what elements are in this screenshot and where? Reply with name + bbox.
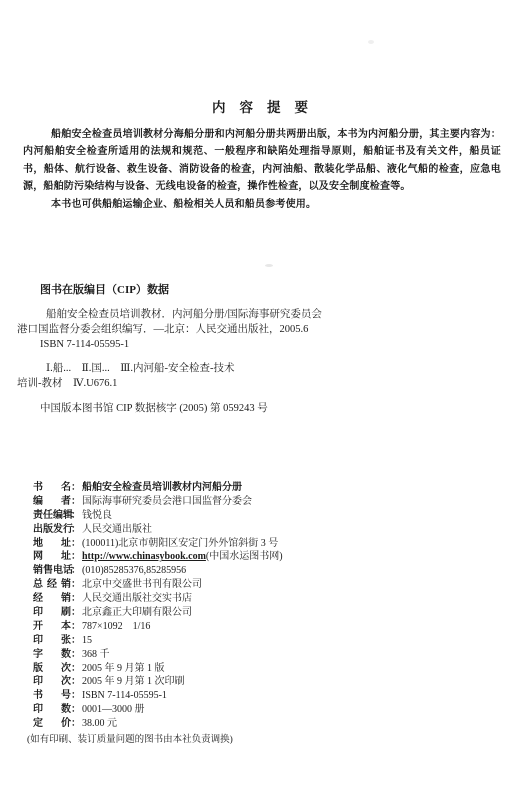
imprint-value: 368 千 bbox=[82, 649, 110, 660]
imprint-row-general-distributor: 总经销：北京中交盛世书刊有限公司 bbox=[33, 578, 503, 592]
imprint-row-address: 地址：(100011)北京市朝阳区安定门外外馆斜街 3 号 bbox=[33, 537, 503, 551]
imprint-label: 编者 bbox=[33, 495, 71, 509]
imprint-value: 787×1092 1/16 bbox=[82, 621, 150, 632]
cip-block: 图书在版编目（CIP）数据 船舶安全检查员培训教材．内河船分册/国际海事研究委员… bbox=[0, 283, 520, 416]
imprint-label: 印张 bbox=[33, 634, 71, 648]
website-url: http://www.chinasybook.com bbox=[82, 551, 206, 562]
imprint-row-book-title: 书名：船舶安全检查员培训教材内河船分册 bbox=[33, 481, 503, 495]
imprint-label: 书号 bbox=[33, 689, 71, 703]
imprint-value: 船舶安全检查员培训教材内河船分册 bbox=[82, 482, 242, 493]
imprint-label: 印次 bbox=[33, 675, 71, 689]
content-summary-title: 内容提要 bbox=[7, 96, 520, 116]
imprint-row-printer: 印刷：北京鑫正大印刷有限公司 bbox=[33, 606, 503, 620]
summary-paragraph-2: 本书也可供船舶运输企业、船检相关人员和船员参考使用。 bbox=[23, 196, 501, 213]
cip-heading: 图书在版编目（CIP）数据 bbox=[40, 283, 520, 298]
imprint-value: 2005 年 9 月第 1 次印刷 bbox=[82, 676, 185, 687]
imprint-row-price: 定价：38.00 元 bbox=[33, 717, 503, 731]
imprint-label: 出版发行 bbox=[33, 523, 71, 537]
imprint-value: 15 bbox=[82, 635, 92, 646]
imprint-value: 人民交通出版社 bbox=[82, 524, 152, 535]
imprint-label: 字数 bbox=[33, 648, 71, 662]
cip-classification-line-2: 培训-教材 Ⅳ.U676.1 bbox=[17, 376, 520, 391]
imprint-value: 北京鑫正大印刷有限公司 bbox=[82, 607, 192, 618]
label-colon: ： bbox=[71, 703, 81, 717]
book-copyright-page: 内容提要 船舶安全检查员培训教材分海船分册和内河船分册共两册出版，本书为内河船分… bbox=[0, 0, 520, 801]
cip-isbn: ISBN 7-114-05595-1 bbox=[40, 337, 520, 352]
scan-speck bbox=[368, 40, 374, 44]
label-colon: ： bbox=[71, 578, 81, 592]
imprint-label: 书名 bbox=[33, 481, 71, 495]
imprint-label: 销售电话 bbox=[33, 564, 71, 578]
imprint-value: http://www.chinasybook.com(中国水运图书网) bbox=[82, 551, 283, 562]
label-colon: ： bbox=[71, 537, 81, 551]
imprint-value: 人民交通出版社交实书店 bbox=[82, 593, 192, 604]
imprint-label: 网址 bbox=[33, 550, 71, 564]
imprint-label: 地址 bbox=[33, 537, 71, 551]
label-colon: ： bbox=[71, 675, 81, 689]
imprint-value: 钱悦良 bbox=[82, 510, 112, 521]
imprint-row-responsible-editor: 责任编辑：钱悦良 bbox=[33, 509, 503, 523]
label-colon: ： bbox=[71, 481, 81, 495]
cip-classification-line-1: Ⅰ.船... Ⅱ.国... Ⅲ.内河船-安全检查-技术 bbox=[46, 361, 520, 376]
cip-record-number: 中国版本图书馆 CIP 数据核字 (2005) 第 059243 号 bbox=[40, 401, 520, 416]
imprint-value: 2005 年 9 月第 1 版 bbox=[82, 663, 165, 674]
imprint-value: (010)85285376,85285956 bbox=[82, 565, 186, 576]
imprint-row-print-run: 印数：0001—3000 册 bbox=[33, 703, 503, 717]
imprint-label: 印刷 bbox=[33, 606, 71, 620]
imprint-label: 定价 bbox=[33, 717, 71, 731]
imprint-list: 书名：船舶安全检查员培训教材内河船分册 编者：国际海事研究委员会港口国监督分委会… bbox=[33, 481, 503, 731]
label-colon: ： bbox=[71, 606, 81, 620]
imprint-row-editor: 编者：国际海事研究委员会港口国监督分委会 bbox=[33, 495, 503, 509]
label-colon: ： bbox=[71, 620, 81, 634]
imprint-label: 经销 bbox=[33, 592, 71, 606]
imprint-label: 版次 bbox=[33, 662, 71, 676]
label-colon: ： bbox=[71, 509, 81, 523]
summary-paragraph-1: 船舶安全检查员培训教材分海船分册和内河船分册共两册出版，本书为内河船分册，其主要… bbox=[23, 126, 501, 196]
cip-publisher-line: 港口国监督分委会组织编写．—北京：人民交通出版社，2005.6 bbox=[17, 322, 520, 337]
imprint-row-sheets: 印张：15 bbox=[33, 634, 503, 648]
imprint-value: 38.00 元 bbox=[82, 718, 117, 729]
imprint-value: 国际海事研究委员会港口国监督分委会 bbox=[82, 496, 252, 507]
imprint-row-format: 开本：787×1092 1/16 bbox=[33, 620, 503, 634]
imprint-label: 责任编辑 bbox=[33, 509, 71, 523]
imprint-label: 开本 bbox=[33, 620, 71, 634]
imprint-row-sales-phone: 销售电话：(010)85285376,85285956 bbox=[33, 564, 503, 578]
label-colon: ： bbox=[71, 495, 81, 509]
imprint-row-printing: 印次：2005 年 9 月第 1 次印刷 bbox=[33, 675, 503, 689]
imprint-row-distributor: 经销：人民交通出版社交实书店 bbox=[33, 592, 503, 606]
label-colon: ： bbox=[71, 523, 81, 537]
imprint-row-word-count: 字数：368 千 bbox=[33, 648, 503, 662]
imprint-label: 印数 bbox=[33, 703, 71, 717]
imprint-value: (100011)北京市朝阳区安定门外外馆斜街 3 号 bbox=[82, 538, 278, 549]
label-colon: ： bbox=[71, 689, 81, 703]
label-colon: ： bbox=[71, 550, 81, 564]
imprint-row-book-number: 书号：ISBN 7-114-05595-1 bbox=[33, 689, 503, 703]
label-colon: ： bbox=[71, 564, 81, 578]
label-colon: ： bbox=[71, 717, 81, 731]
label-colon: ： bbox=[71, 592, 81, 606]
imprint-row-website: 网址：http://www.chinasybook.com(中国水运图书网) bbox=[33, 550, 503, 564]
cip-title-line: 船舶安全检查员培训教材．内河船分册/国际海事研究委员会 bbox=[46, 307, 520, 322]
imprint-label: 总经销 bbox=[33, 578, 71, 592]
scan-speck bbox=[265, 264, 273, 267]
imprint-value: 0001—3000 册 bbox=[82, 704, 145, 715]
imprint-value: ISBN 7-114-05595-1 bbox=[82, 690, 167, 701]
label-colon: ： bbox=[71, 648, 81, 662]
imprint-value: 北京中交盛世书刊有限公司 bbox=[82, 579, 202, 590]
label-colon: ： bbox=[71, 634, 81, 648]
imprint-row-edition: 版次：2005 年 9 月第 1 版 bbox=[33, 662, 503, 676]
imprint-row-publisher: 出版发行：人民交通出版社 bbox=[33, 523, 503, 537]
label-colon: ： bbox=[71, 662, 81, 676]
website-suffix: (中国水运图书网) bbox=[206, 551, 283, 562]
content-summary: 船舶安全检查员培训教材分海船分册和内河船分册共两册出版，本书为内河船分册，其主要… bbox=[23, 126, 501, 213]
replacement-notice: (如有印刷、装订质量问题的图书由本社负责调换) bbox=[27, 731, 233, 745]
